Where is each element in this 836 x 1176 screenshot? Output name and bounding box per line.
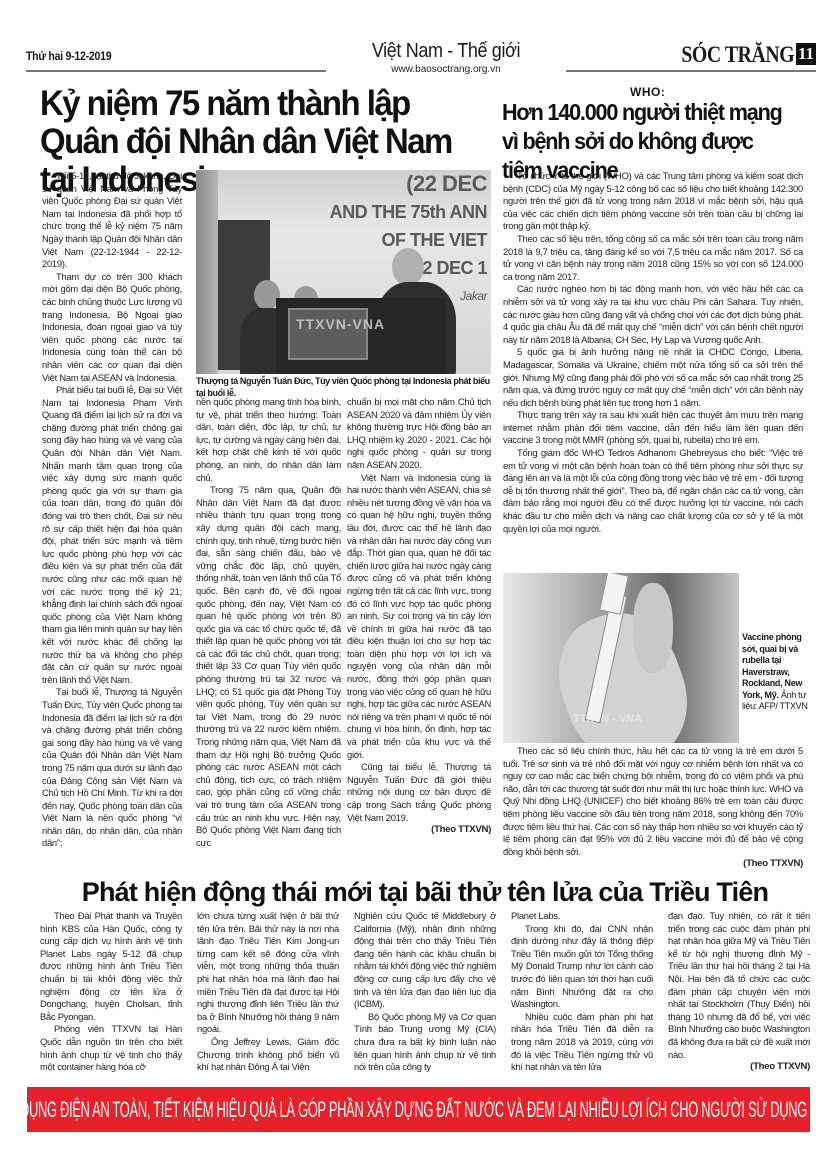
website-url-text: www.baosoctrang.org.vn	[387, 64, 505, 75]
article-column-1: Tối 5-12, tại thủ đô Jakarta, Đại sứ quá…	[42, 170, 182, 870]
fingers-shape	[633, 583, 673, 673]
banner-text: SỬ DỤNG ĐIỆN AN TOÀN, TIẾT KIỆM HIỆU QUẢ…	[27, 1097, 810, 1123]
article-byline: (Theo TTXVN)	[347, 824, 491, 837]
backdrop-line: 2 DEC 1	[291, 254, 487, 282]
vaccine-photo: TTXVN - VNA	[503, 573, 739, 743]
photo-caption: Vaccine phòng sởi, quai bị và rubella tạ…	[742, 632, 812, 713]
page-number: 11	[796, 43, 816, 65]
article-columns: Theo Đài Phát thanh và Truyền hình KBS c…	[40, 910, 810, 1074]
paragraph: Theo các số liệu trên, tổng cộng số ca m…	[503, 233, 803, 283]
article-kicker: WHO:	[630, 85, 665, 99]
paragraph: Thực trạng trên xảy ra sau khi xuất hiện…	[503, 409, 803, 447]
paragraph: Nhiều cuộc đàm phán phi hạt nhân hóa Tri…	[511, 1011, 653, 1074]
paragraph: Phóng viên TTXVN tại Hàn Quốc dẫn nguồn …	[40, 1023, 182, 1073]
photo-watermark: TTXVN-VNA	[296, 316, 385, 332]
article-body-continued: Theo các số liệu chính thức, hầu hết các…	[503, 745, 803, 871]
article-body: Tổ chức Y tế thế giới (WHO) và các Trung…	[503, 170, 803, 535]
paragraph: Việt Nam và Indonesia cùng là hai nước t…	[347, 472, 491, 762]
masthead: Thứ hai 9-12-2019 Việt Nam - Thế giới ww…	[26, 40, 816, 80]
ceremony-photo: (22 DEC AND THE 75th ANN OF THE VIET 2 D…	[196, 170, 491, 374]
paragraph: Tối 5-12, tại thủ đô Jakarta, Đại sứ quá…	[42, 170, 182, 271]
article-column-5: đạn đạo. Tuy nhiên, có rất ít tiến triển…	[668, 910, 810, 1074]
paragraph: nền quốc phòng mang tính hòa bình, tự vệ…	[196, 396, 341, 484]
paragraph: đạn đạo. Tuy nhiên, có rất ít tiến triển…	[668, 910, 810, 1061]
flag-shape	[196, 170, 218, 374]
paragraph: 5 quốc gia bị ảnh hưởng nặng nề nhất là …	[503, 346, 803, 409]
paragraph: Tổng giám đốc WHO Tedros Adhanom Ghebrey…	[503, 447, 803, 535]
paragraph: Các nước nghèo hơn bị tác động mạnh hơn,…	[503, 283, 803, 346]
article-column-3: chuẩn bị mọi mặt cho năm Chủ tịch ASEAN …	[347, 396, 491, 866]
paragraph: Tại buổi lễ, Thượng tá Nguyễn Tuấn Đức, …	[42, 686, 182, 850]
paragraph: Trong 75 năm qua, Quân đội Nhân dân Việt…	[196, 484, 341, 849]
paragraph: Theo các số liệu chính thức, hầu hết các…	[503, 745, 803, 858]
section-title: Việt Nam - Thế giới	[338, 40, 554, 63]
website-url: www.baosoctrang.org.vn	[326, 64, 566, 75]
article-byline: (Theo TTXVN)	[668, 1061, 810, 1074]
photo-watermark: TTXVN - VNA	[573, 713, 642, 725]
podium	[276, 298, 446, 374]
paragraph: Tổ chức Y tế thế giới (WHO) và các Trung…	[503, 170, 803, 233]
paragraph: Bộ Quốc phòng Mỹ và Cơ quan Tình báo Tru…	[354, 1011, 496, 1074]
paragraph: Phát biểu tại buổi lễ, Đại sứ Việt Nam t…	[42, 384, 182, 686]
article-column-2: lớn chưa từng xuất hiện ở bãi thử tên lử…	[197, 910, 339, 1074]
article-column-1: Theo Đài Phát thanh và Truyền hình KBS c…	[40, 910, 182, 1074]
paragraph: Theo Đài Phát thanh và Truyền hình KBS c…	[40, 910, 182, 1023]
issue-date: Thứ hai 9-12-2019	[26, 49, 111, 63]
backdrop-line: (22 DEC	[291, 170, 487, 198]
paragraph: Trong khi đó, đài CNN nhận định dường nh…	[511, 923, 653, 1011]
article-column-2: nền quốc phòng mang tính hòa bình, tự vệ…	[196, 396, 341, 866]
article-column-3: Nghiên cứu Quốc tế Middlebury ở Californ…	[354, 910, 496, 1074]
article-column-4: Planet Labs. Trong khi đó, đài CNN nhận …	[511, 910, 653, 1074]
article-byline: (Theo TTXVN)	[503, 858, 803, 871]
newspaper-brand: SÓC TRĂNG	[681, 42, 794, 68]
backdrop-line: AND THE 75th ANN	[291, 198, 487, 226]
backdrop-line: OF THE VIET	[291, 226, 487, 254]
speaker-head	[392, 248, 424, 286]
paragraph: Planet Labs.	[511, 910, 653, 923]
electricity-safety-banner: SỬ DỤNG ĐIỆN AN TOÀN, TIẾT KIỆM HIỆU QUẢ…	[27, 1087, 810, 1132]
paragraph: Cũng tại biểu lễ, Thượng tá Nguyễn Tuấn …	[347, 761, 491, 824]
paragraph: lớn chưa từng xuất hiện ở bãi thử tên lử…	[197, 910, 339, 1036]
paragraph: Tham dự có trên 300 khách mời gồm đại di…	[42, 271, 182, 384]
article-headline: Phát hiện động thái mới tại bãi thử tên …	[40, 876, 810, 908]
paragraph: chuẩn bị mọi mặt cho năm Chủ tịch ASEAN …	[347, 396, 491, 472]
paragraph: Ông Jeffrey Lewis, Giám đốc Chương trình…	[197, 1036, 339, 1074]
paragraph: Nghiên cứu Quốc tế Middlebury ở Californ…	[354, 910, 496, 1011]
